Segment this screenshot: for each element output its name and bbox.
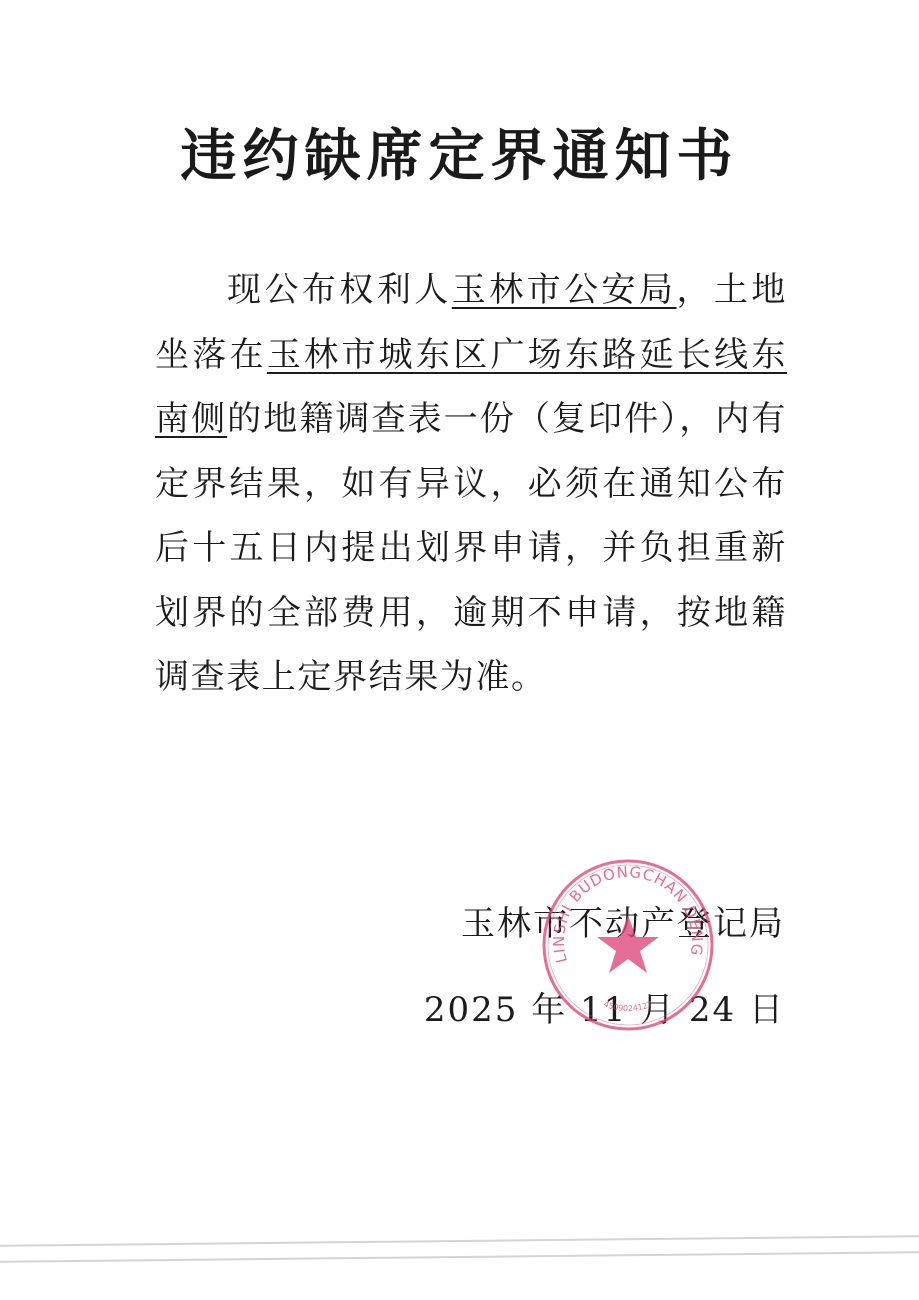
notice-body: 现公布权利人玉林市公安局，土地坐落在玉林市城东区广场东路延长线东南侧的地籍调查表… xyxy=(155,258,787,710)
rights-holder: 玉林市公安局 xyxy=(452,270,677,310)
scan-edge-line-2 xyxy=(0,1251,919,1263)
svg-text:4509024127: 4509024127 xyxy=(602,1000,653,1014)
document-page: 违约缺席定界通知书 现公布权利人玉林市公安局，土地坐落在玉林市城东区广场东路延长… xyxy=(0,0,919,1300)
official-seal: YULINSHI BUDONGCHAN DENGJIJU 4509024127 xyxy=(540,857,716,1033)
seal-code: 4509024127 xyxy=(602,1000,653,1014)
body-text-part1: 现公布权利人 xyxy=(227,270,452,310)
scan-edge-line-1 xyxy=(0,1235,919,1247)
document-title: 违约缺席定界通知书 xyxy=(0,112,919,192)
body-text-part3: 的地籍调查表一份（复印件），内有定界结果，如有异议，必须在通知公布后十五日内提出… xyxy=(155,399,787,697)
star-icon xyxy=(597,915,659,973)
